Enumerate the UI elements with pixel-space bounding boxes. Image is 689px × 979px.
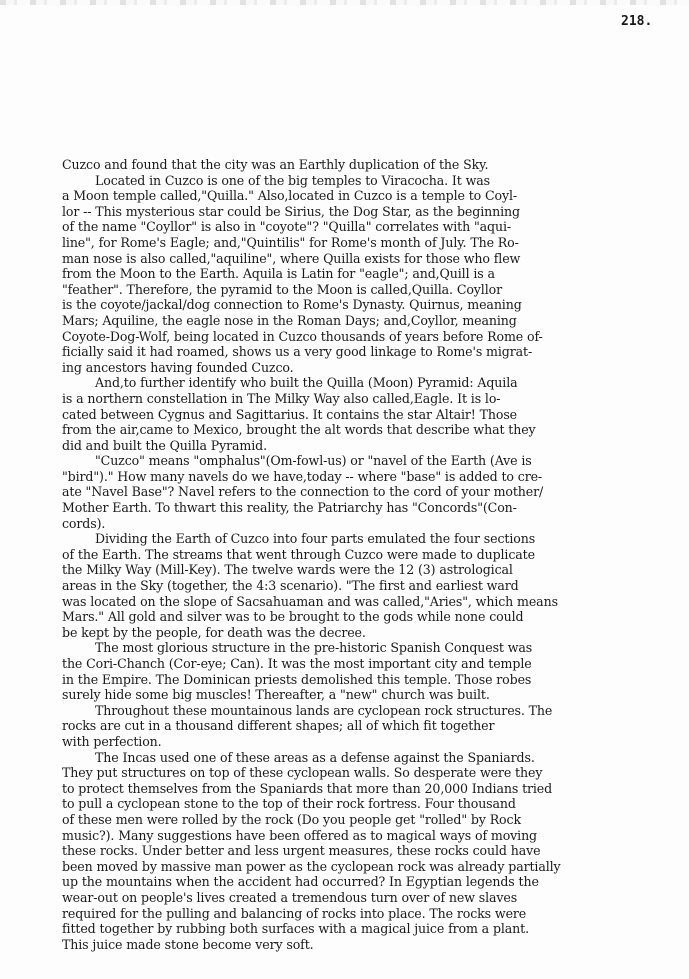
text-line: been moved by massive man power as the c…: [62, 859, 628, 875]
text-line: the Cori-Chanch (Cor-eye; Can). It was t…: [62, 656, 628, 672]
text-line: "feather". Therefore, the pyramid to the…: [62, 282, 628, 298]
text-line: the Milky Way (Mill-Key). The twelve war…: [62, 562, 628, 578]
text-line: Dividing the Earth of Cuzco into four pa…: [62, 531, 628, 547]
text-line: to pull a cyclopean stone to the top of …: [62, 796, 628, 812]
text-line: of the name "Coyllor" is also in "coyote…: [62, 219, 628, 235]
text-line: a Moon temple called,"Quilla." Also,loca…: [62, 188, 628, 204]
text-line: of the Earth. The streams that went thro…: [62, 547, 628, 563]
text-line: was located on the slope of Sacsahuaman …: [62, 594, 628, 610]
text-line: Mars." All gold and silver was to be bro…: [62, 609, 628, 625]
text-line: music?). Many suggestions have been offe…: [62, 828, 628, 844]
text-line: areas in the Sky (together, the 4:3 scen…: [62, 578, 628, 594]
text-line: wear-out on people's lives created a tre…: [62, 890, 628, 906]
scan-edge-noise: [0, 0, 689, 5]
text-line: with perfection.: [62, 734, 628, 750]
text-line: ate "Navel Base"? Navel refers to the co…: [62, 484, 628, 500]
text-line: cords).: [62, 516, 628, 532]
text-line: be kept by the people, for death was the…: [62, 625, 628, 641]
text-line: ing ancestors having founded Cuzco.: [62, 360, 628, 376]
text-line: Cuzco and found that the city was an Ear…: [62, 157, 628, 173]
text-line: is the coyote/jackal/dog connection to R…: [62, 297, 628, 313]
text-line: did and built the Quilla Pyramid.: [62, 438, 628, 454]
text-line: these rocks. Under better and less urgen…: [62, 843, 628, 859]
text-line: Throughout these mountainous lands are c…: [62, 703, 628, 719]
text-line: line", for Rome's Eagle; and,"Quintilis"…: [62, 235, 628, 251]
text-line: Mother Earth. To thwart this reality, th…: [62, 500, 628, 516]
text-line: cated between Cygnus and Sagittarius. It…: [62, 407, 628, 423]
text-line: Coyote-Dog-Wolf, being located in Cuzco …: [62, 329, 628, 345]
text-line: man nose is also called,"aquiline", wher…: [62, 251, 628, 267]
text-line: The most glorious structure in the pre-h…: [62, 640, 628, 656]
text-line: Located in Cuzco is one of the big templ…: [62, 173, 628, 189]
text-line: They put structures on top of these cycl…: [62, 765, 628, 781]
text-line: from the Moon to the Earth. Aquila is La…: [62, 266, 628, 282]
text-line: up the mountains when the accident had o…: [62, 874, 628, 890]
text-line: Mars; Aquiline, the eagle nose in the Ro…: [62, 313, 628, 329]
text-line: rocks are cut in a thousand different sh…: [62, 718, 628, 734]
text-line: surely hide some big muscles! Thereafter…: [62, 687, 628, 703]
text-line: This juice made stone become very soft.: [62, 937, 628, 953]
text-line: is a northern constellation in The Milky…: [62, 391, 628, 407]
text-line: from the air,came to Mexico, brought the…: [62, 422, 628, 438]
page-number: 218.: [621, 14, 652, 29]
text-line: ficially said it had roamed, shows us a …: [62, 344, 628, 360]
text-line: fitted together by rubbing both surfaces…: [62, 921, 628, 937]
body-text: Cuzco and found that the city was an Ear…: [62, 157, 628, 952]
text-line: in the Empire. The Dominican priests dem…: [62, 672, 628, 688]
text-line: The Incas used one of these areas as a d…: [62, 750, 628, 766]
text-line: lor -- This mysterious star could be Sir…: [62, 204, 628, 220]
text-line: "Cuzco" means "omphalus"(Om-fowl-us) or …: [62, 453, 628, 469]
text-line: "bird")." How many navels do we have,tod…: [62, 469, 628, 485]
text-line: And,to further identify who built the Qu…: [62, 375, 628, 391]
text-line: required for the pulling and balancing o…: [62, 906, 628, 922]
text-line: of these men were rolled by the rock (Do…: [62, 812, 628, 828]
text-line: to protect themselves from the Spaniards…: [62, 781, 628, 797]
